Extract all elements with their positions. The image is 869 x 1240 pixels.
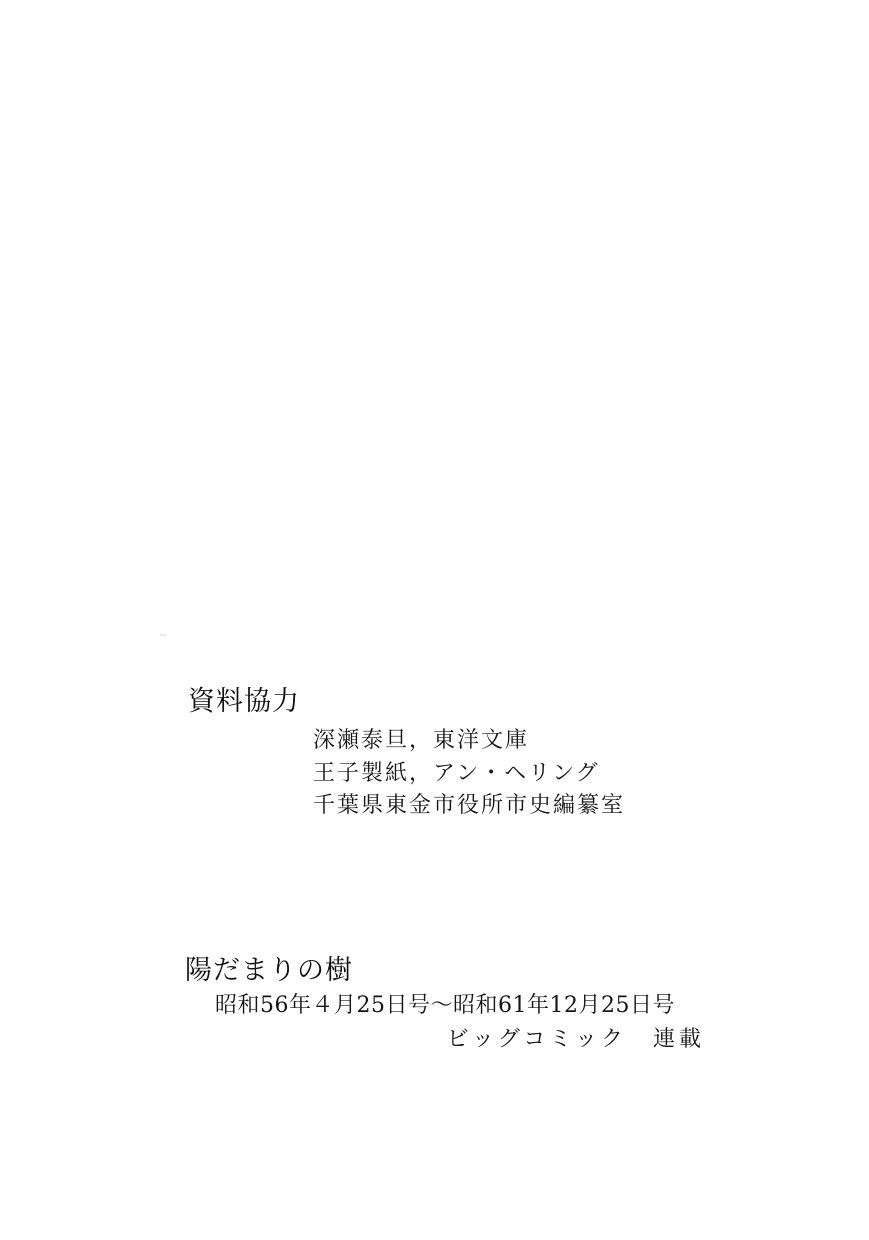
credits-heading: 資料協力 bbox=[188, 686, 300, 718]
work-title: 陽だまりの樹 bbox=[185, 955, 353, 987]
credit-line: 千葉県東金市役所市史編纂室 bbox=[313, 791, 625, 821]
scan-speck bbox=[160, 634, 166, 636]
credit-line: 深瀬泰旦，東洋文庫 bbox=[313, 726, 529, 756]
credit-line: 王子製紙，アン・ヘリング bbox=[313, 759, 600, 789]
serialization-publication: ビッグコミック 連載 bbox=[447, 1025, 705, 1055]
colophon-page: 資料協力 深瀬泰旦，東洋文庫 王子製紙，アン・ヘリング 千葉県東金市役所市史編纂… bbox=[0, 0, 869, 1240]
serialization-dates: 昭和56年４月25日号～昭和61年12月25日号 bbox=[215, 991, 675, 1021]
